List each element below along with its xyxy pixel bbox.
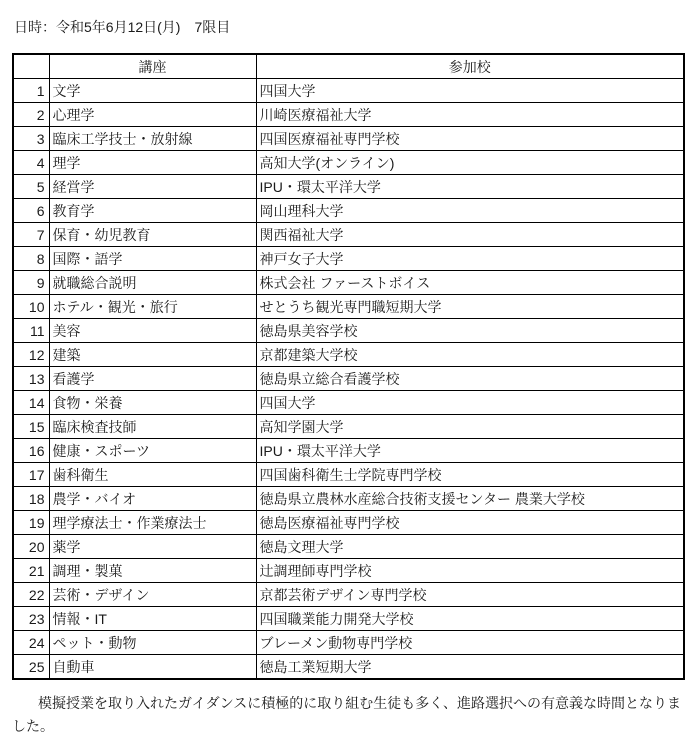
course-column-header: 講座	[49, 54, 256, 79]
school-cell: 四国職業能力開発大学校	[256, 607, 684, 631]
table-row: 14食物・栄養四国大学	[13, 391, 684, 415]
course-cell: 建築	[49, 343, 256, 367]
table-row: 1文学四国大学	[13, 79, 684, 103]
row-number-cell: 5	[13, 175, 49, 199]
course-cell: 健康・スポーツ	[49, 439, 256, 463]
table-row: 24ペット・動物ブレーメン動物専門学校	[13, 631, 684, 655]
school-cell: 高知学園大学	[256, 415, 684, 439]
school-cell: IPU・環太平洋大学	[256, 175, 684, 199]
course-cell: 食物・栄養	[49, 391, 256, 415]
session-date-line: 日時：令和5年6月12日(月) 7限目	[14, 18, 230, 36]
row-number-cell: 20	[13, 535, 49, 559]
table-row: 15臨床検査技師高知学園大学	[13, 415, 684, 439]
row-number-cell: 15	[13, 415, 49, 439]
school-cell: 神戸女子大学	[256, 247, 684, 271]
row-number-cell: 12	[13, 343, 49, 367]
table-row: 11美容徳島県美容学校	[13, 319, 684, 343]
row-number-cell: 14	[13, 391, 49, 415]
course-cell: 看護学	[49, 367, 256, 391]
course-cell: 国際・語学	[49, 247, 256, 271]
course-cell: 就職総合説明	[49, 271, 256, 295]
table-row: 7保育・幼児教育関西福祉大学	[13, 223, 684, 247]
table-row: 21調理・製菓辻調理師専門学校	[13, 559, 684, 583]
row-number-cell: 13	[13, 367, 49, 391]
row-number-cell: 19	[13, 511, 49, 535]
number-column-header	[13, 54, 49, 79]
table-row: 8国際・語学神戸女子大学	[13, 247, 684, 271]
school-cell: ブレーメン動物専門学校	[256, 631, 684, 655]
course-cell: 自動車	[49, 655, 256, 680]
course-cell: 情報・IT	[49, 607, 256, 631]
row-number-cell: 22	[13, 583, 49, 607]
course-cell: 理学療法士・作業療法士	[49, 511, 256, 535]
row-number-cell: 24	[13, 631, 49, 655]
school-cell: 四国歯科衛生士学院専門学校	[256, 463, 684, 487]
school-cell: 京都芸術デザイン専門学校	[256, 583, 684, 607]
course-cell: 臨床工学技士・放射線	[49, 127, 256, 151]
school-column-header: 参加校	[256, 54, 684, 79]
row-number-cell: 11	[13, 319, 49, 343]
closing-note: 模擬授業を取り入れたガイダンスに積極的に取り組む生徒も多く、進路選択への有意義な…	[12, 692, 688, 738]
school-cell: 徳島県美容学校	[256, 319, 684, 343]
course-cell: 芸術・デザイン	[49, 583, 256, 607]
row-number-cell: 1	[13, 79, 49, 103]
school-cell: 四国医療福祉専門学校	[256, 127, 684, 151]
school-cell: 徳島県立総合看護学校	[256, 367, 684, 391]
table-header-row: 講座 参加校	[13, 54, 684, 79]
row-number-cell: 25	[13, 655, 49, 680]
school-cell: 川崎医療福祉大学	[256, 103, 684, 127]
school-cell: IPU・環太平洋大学	[256, 439, 684, 463]
row-number-cell: 8	[13, 247, 49, 271]
table-row: 3臨床工学技士・放射線四国医療福祉専門学校	[13, 127, 684, 151]
row-number-cell: 2	[13, 103, 49, 127]
table-row: 20薬学徳島文理大学	[13, 535, 684, 559]
row-number-cell: 23	[13, 607, 49, 631]
course-cell: 農学・バイオ	[49, 487, 256, 511]
school-cell: 京都建築大学校	[256, 343, 684, 367]
course-cell: 経営学	[49, 175, 256, 199]
course-cell: 臨床検査技師	[49, 415, 256, 439]
course-cell: 心理学	[49, 103, 256, 127]
school-cell: 徳島医療福祉専門学校	[256, 511, 684, 535]
school-cell: 徳島文理大学	[256, 535, 684, 559]
school-cell: 四国大学	[256, 79, 684, 103]
row-number-cell: 9	[13, 271, 49, 295]
row-number-cell: 6	[13, 199, 49, 223]
row-number-cell: 4	[13, 151, 49, 175]
table-row: 6教育学岡山理科大学	[13, 199, 684, 223]
school-cell: 徳島工業短期大学	[256, 655, 684, 680]
school-cell: 四国大学	[256, 391, 684, 415]
table-row: 23情報・IT四国職業能力開発大学校	[13, 607, 684, 631]
course-cell: 歯科衛生	[49, 463, 256, 487]
table-row: 17歯科衛生四国歯科衛生士学院専門学校	[13, 463, 684, 487]
table-row: 5経営学IPU・環太平洋大学	[13, 175, 684, 199]
participants-table-body: 1文学四国大学2心理学川崎医療福祉大学3臨床工学技士・放射線四国医療福祉専門学校…	[13, 79, 684, 680]
row-number-cell: 17	[13, 463, 49, 487]
table-row: 25自動車徳島工業短期大学	[13, 655, 684, 680]
course-cell: 文学	[49, 79, 256, 103]
table-row: 16健康・スポーツIPU・環太平洋大学	[13, 439, 684, 463]
course-cell: 教育学	[49, 199, 256, 223]
row-number-cell: 21	[13, 559, 49, 583]
row-number-cell: 7	[13, 223, 49, 247]
course-cell: 薬学	[49, 535, 256, 559]
school-cell: 辻調理師専門学校	[256, 559, 684, 583]
table-row: 4理学高知大学(オンライン)	[13, 151, 684, 175]
row-number-cell: 16	[13, 439, 49, 463]
table-row: 10ホテル・観光・旅行せとうち観光専門職短期大学	[13, 295, 684, 319]
school-cell: 岡山理科大学	[256, 199, 684, 223]
table-row: 9就職総合説明株式会社 ファーストボイス	[13, 271, 684, 295]
course-cell: ホテル・観光・旅行	[49, 295, 256, 319]
course-cell: 保育・幼児教育	[49, 223, 256, 247]
table-row: 12建築京都建築大学校	[13, 343, 684, 367]
course-cell: 理学	[49, 151, 256, 175]
school-cell: 株式会社 ファーストボイス	[256, 271, 684, 295]
course-cell: 調理・製菓	[49, 559, 256, 583]
row-number-cell: 3	[13, 127, 49, 151]
table-row: 13看護学徳島県立総合看護学校	[13, 367, 684, 391]
row-number-cell: 10	[13, 295, 49, 319]
table-row: 19理学療法士・作業療法士徳島医療福祉専門学校	[13, 511, 684, 535]
table-row: 18農学・バイオ徳島県立農林水産総合技術支援センター 農業大学校	[13, 487, 684, 511]
table-row: 2心理学川崎医療福祉大学	[13, 103, 684, 127]
school-cell: 高知大学(オンライン)	[256, 151, 684, 175]
course-cell: ペット・動物	[49, 631, 256, 655]
school-cell: 関西福祉大学	[256, 223, 684, 247]
school-cell: せとうち観光専門職短期大学	[256, 295, 684, 319]
course-cell: 美容	[49, 319, 256, 343]
row-number-cell: 18	[13, 487, 49, 511]
table-row: 22芸術・デザイン京都芸術デザイン専門学校	[13, 583, 684, 607]
school-cell: 徳島県立農林水産総合技術支援センター 農業大学校	[256, 487, 684, 511]
participants-table: 講座 参加校 1文学四国大学2心理学川崎医療福祉大学3臨床工学技士・放射線四国医…	[12, 53, 685, 680]
